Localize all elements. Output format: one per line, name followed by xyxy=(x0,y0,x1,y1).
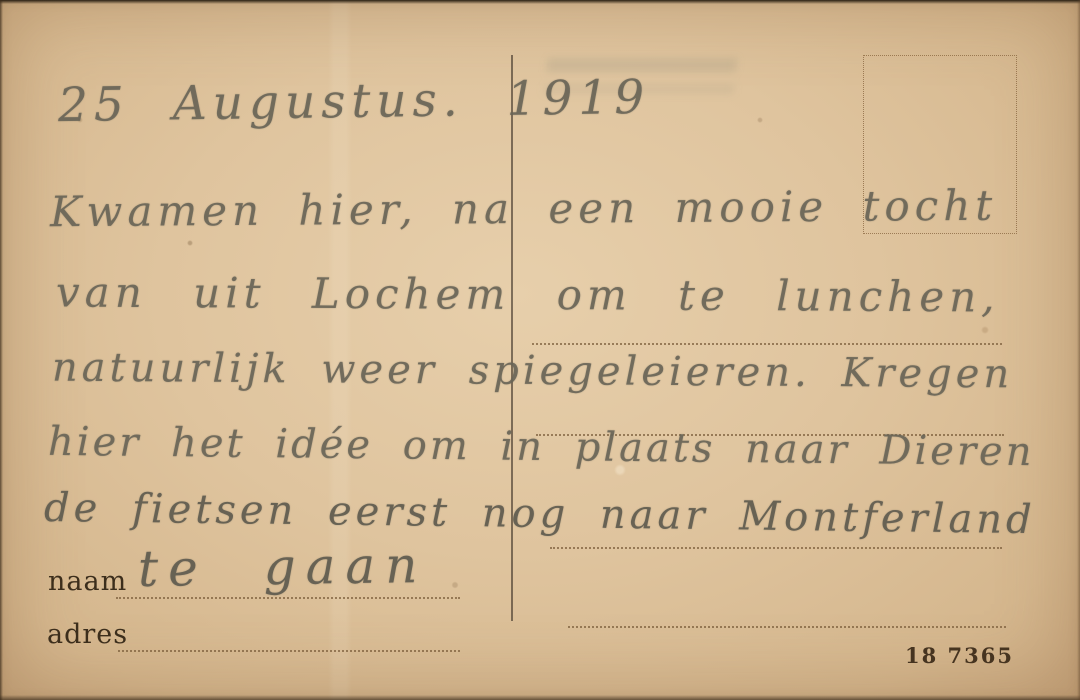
handwritten-message-line: Kwamen hier, na een mooie tocht xyxy=(50,181,997,237)
name-label: naam xyxy=(48,566,127,597)
address-label: adres xyxy=(47,619,128,650)
handwritten-message-line: natuurlijk weer spiegeleieren. Kregen xyxy=(52,345,1014,398)
address-ruled-line-1 xyxy=(532,343,1002,345)
scan-edge-bottom xyxy=(0,695,1080,700)
scan-edge-top xyxy=(0,0,1080,4)
address-ruled-line-4 xyxy=(568,626,1006,628)
address-ruled-line-3 xyxy=(550,547,1002,549)
handwritten-name-line: te gaan xyxy=(138,536,428,598)
handwritten-message-line: hier het idée om in plaats naar Dieren xyxy=(48,419,1035,475)
address-ruled-line xyxy=(118,650,460,652)
serial-number: 18 7365 xyxy=(905,643,1014,668)
postcard-back: naam adres 18 7365 25 Augustus. 1919 Kwa… xyxy=(0,0,1080,700)
handwritten-message-line: de fietsen eerst nog naar Montferland xyxy=(44,485,1036,543)
handwritten-message-line: van uit Lochem om te lunchen, xyxy=(56,268,1000,322)
handwritten-date: 25 Augustus. 1919 xyxy=(58,70,651,133)
scan-edge-left xyxy=(0,0,3,700)
